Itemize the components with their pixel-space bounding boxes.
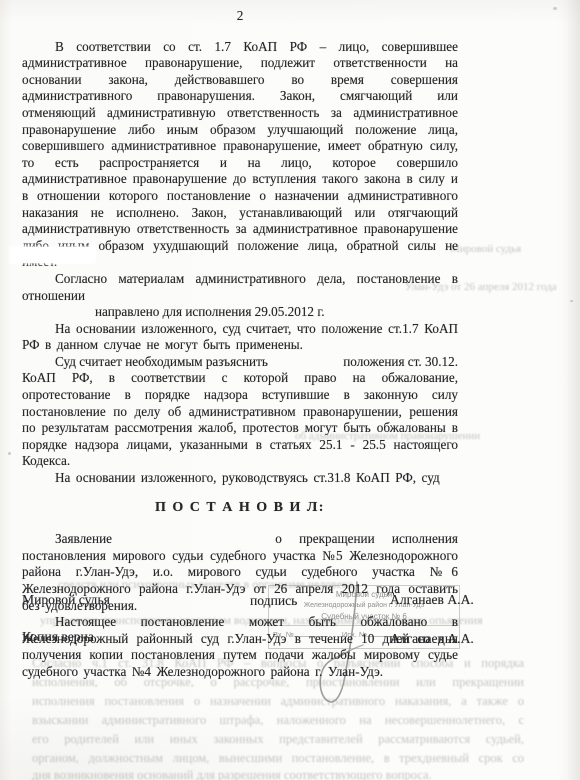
body-paragraph-6-line-1: Заявление о прекращении исполнения bbox=[22, 531, 458, 548]
body-paragraph-1: В соответствии со ст. 1.7 КоАП РФ – лицо… bbox=[22, 39, 458, 271]
redaction-box bbox=[10, 247, 95, 263]
bleedthrough-text-line: органом, должностным лицом, вынесшими по… bbox=[32, 751, 524, 767]
redaction-gap bbox=[22, 315, 95, 316]
body-paragraph-3: На основании изложенного, суд считает, ч… bbox=[22, 321, 458, 354]
signature-note: подпись bbox=[250, 593, 297, 609]
execution-date-text: направлено для исполнения 29.05.2012 г. bbox=[95, 304, 325, 319]
page-number: 2 bbox=[22, 8, 458, 25]
bleedthrough-text-line: Мировой судья bbox=[450, 243, 565, 255]
body-paragraph-7: Настоящее постановление может быть обжал… bbox=[22, 614, 458, 680]
copy-certified-label: Копия верна bbox=[22, 629, 94, 645]
judge-label: Мировой судья bbox=[22, 592, 110, 608]
body-paragraph-2-line-2: направлено для исполнения 29.05.2012 г. bbox=[22, 304, 458, 321]
paragraph-4-lead: Суд считает необходимым разъяснить bbox=[22, 354, 268, 371]
body-paragraph-4-line-1: Суд считает необходимым разъяснить полож… bbox=[22, 354, 458, 371]
bleedthrough-text-line: взыскании административного штрафа, нало… bbox=[32, 713, 524, 729]
scan-speck bbox=[570, 300, 573, 302]
scan-speck bbox=[553, 7, 557, 10]
document-text-column: 2 В соответствии со ст. 1.7 КоАП РФ – ли… bbox=[22, 8, 458, 681]
paragraph-6-lead: Заявление bbox=[22, 531, 112, 548]
copy-certified-name: Алганаев А.А. bbox=[390, 631, 474, 647]
scan-speck bbox=[8, 452, 11, 455]
body-paragraph-2-line-1: Согласно материалам административного де… bbox=[22, 271, 458, 304]
bleedthrough-text-line: исполнения постановления о назначении ад… bbox=[32, 694, 524, 710]
paragraph-6-lead-end: о прекращении исполнения bbox=[275, 531, 458, 548]
scanned-court-document-page: Мировой судьяУлан-Удэ от 26 апреля 2012 … bbox=[0, 0, 580, 780]
bleedthrough-text-line: его родителей или иных законных представ… bbox=[32, 732, 524, 748]
body-paragraph-4-rest: КоАП РФ, в соответствии с которой право … bbox=[22, 370, 458, 470]
body-paragraph-5: На основании изложенного, руководствуясь… bbox=[22, 470, 458, 487]
resolution-heading: П О С Т А Н О В И Л: bbox=[22, 500, 458, 517]
paragraph-4-lead-end: положения ст. 30.12. bbox=[343, 354, 458, 371]
bleedthrough-text-line: дня возникновения оснований для разрешен… bbox=[32, 768, 442, 780]
judge-name: Алганаев А.А. bbox=[390, 592, 474, 608]
